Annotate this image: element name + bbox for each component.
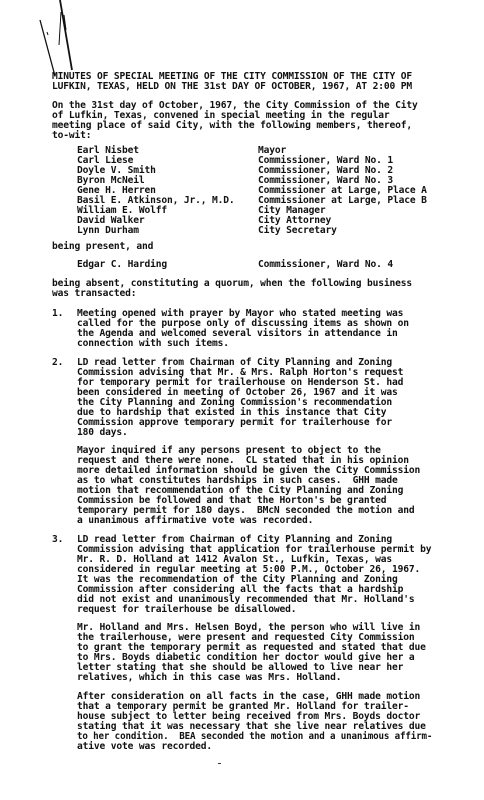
item-text-line: ative vote was recorded. [77, 742, 212, 752]
document-title-line-2: LUFKIN, TEXAS, HELD ON THE 31st DAY OF O… [52, 82, 412, 92]
intro-line: meeting place of said City, with the fol… [52, 121, 412, 131]
page-speck [218, 763, 221, 764]
item-text-line: 180 days. [77, 428, 128, 438]
being-present-text: being present, and [52, 242, 153, 252]
absent-member-title: Commissioner, Ward No. 4 [258, 260, 393, 270]
item-number: 2. [52, 358, 63, 368]
quorum-line: was transacted: [52, 289, 136, 299]
item-text-line: connection with such items. [77, 339, 229, 349]
document-page: MINUTES OF SPECIAL MEETING OF THE CITY C… [0, 0, 484, 800]
item-text-line: request for trailerhouse be disallowed. [77, 605, 296, 615]
intro-line: to-wit: [52, 131, 91, 141]
item-number: 3. [52, 535, 63, 545]
handwritten-mark-icon [38, 0, 78, 80]
item-number: 1. [52, 309, 63, 319]
member-title: City Secretary [258, 226, 337, 236]
item-text-line: relatives, which in this case was Mrs. H… [77, 673, 341, 683]
item-text-line: a unanimous affirmative vote was recorde… [77, 516, 313, 526]
absent-member-name: Edgar C. Harding [77, 260, 167, 270]
member-name: Lynn Durham [77, 226, 139, 236]
